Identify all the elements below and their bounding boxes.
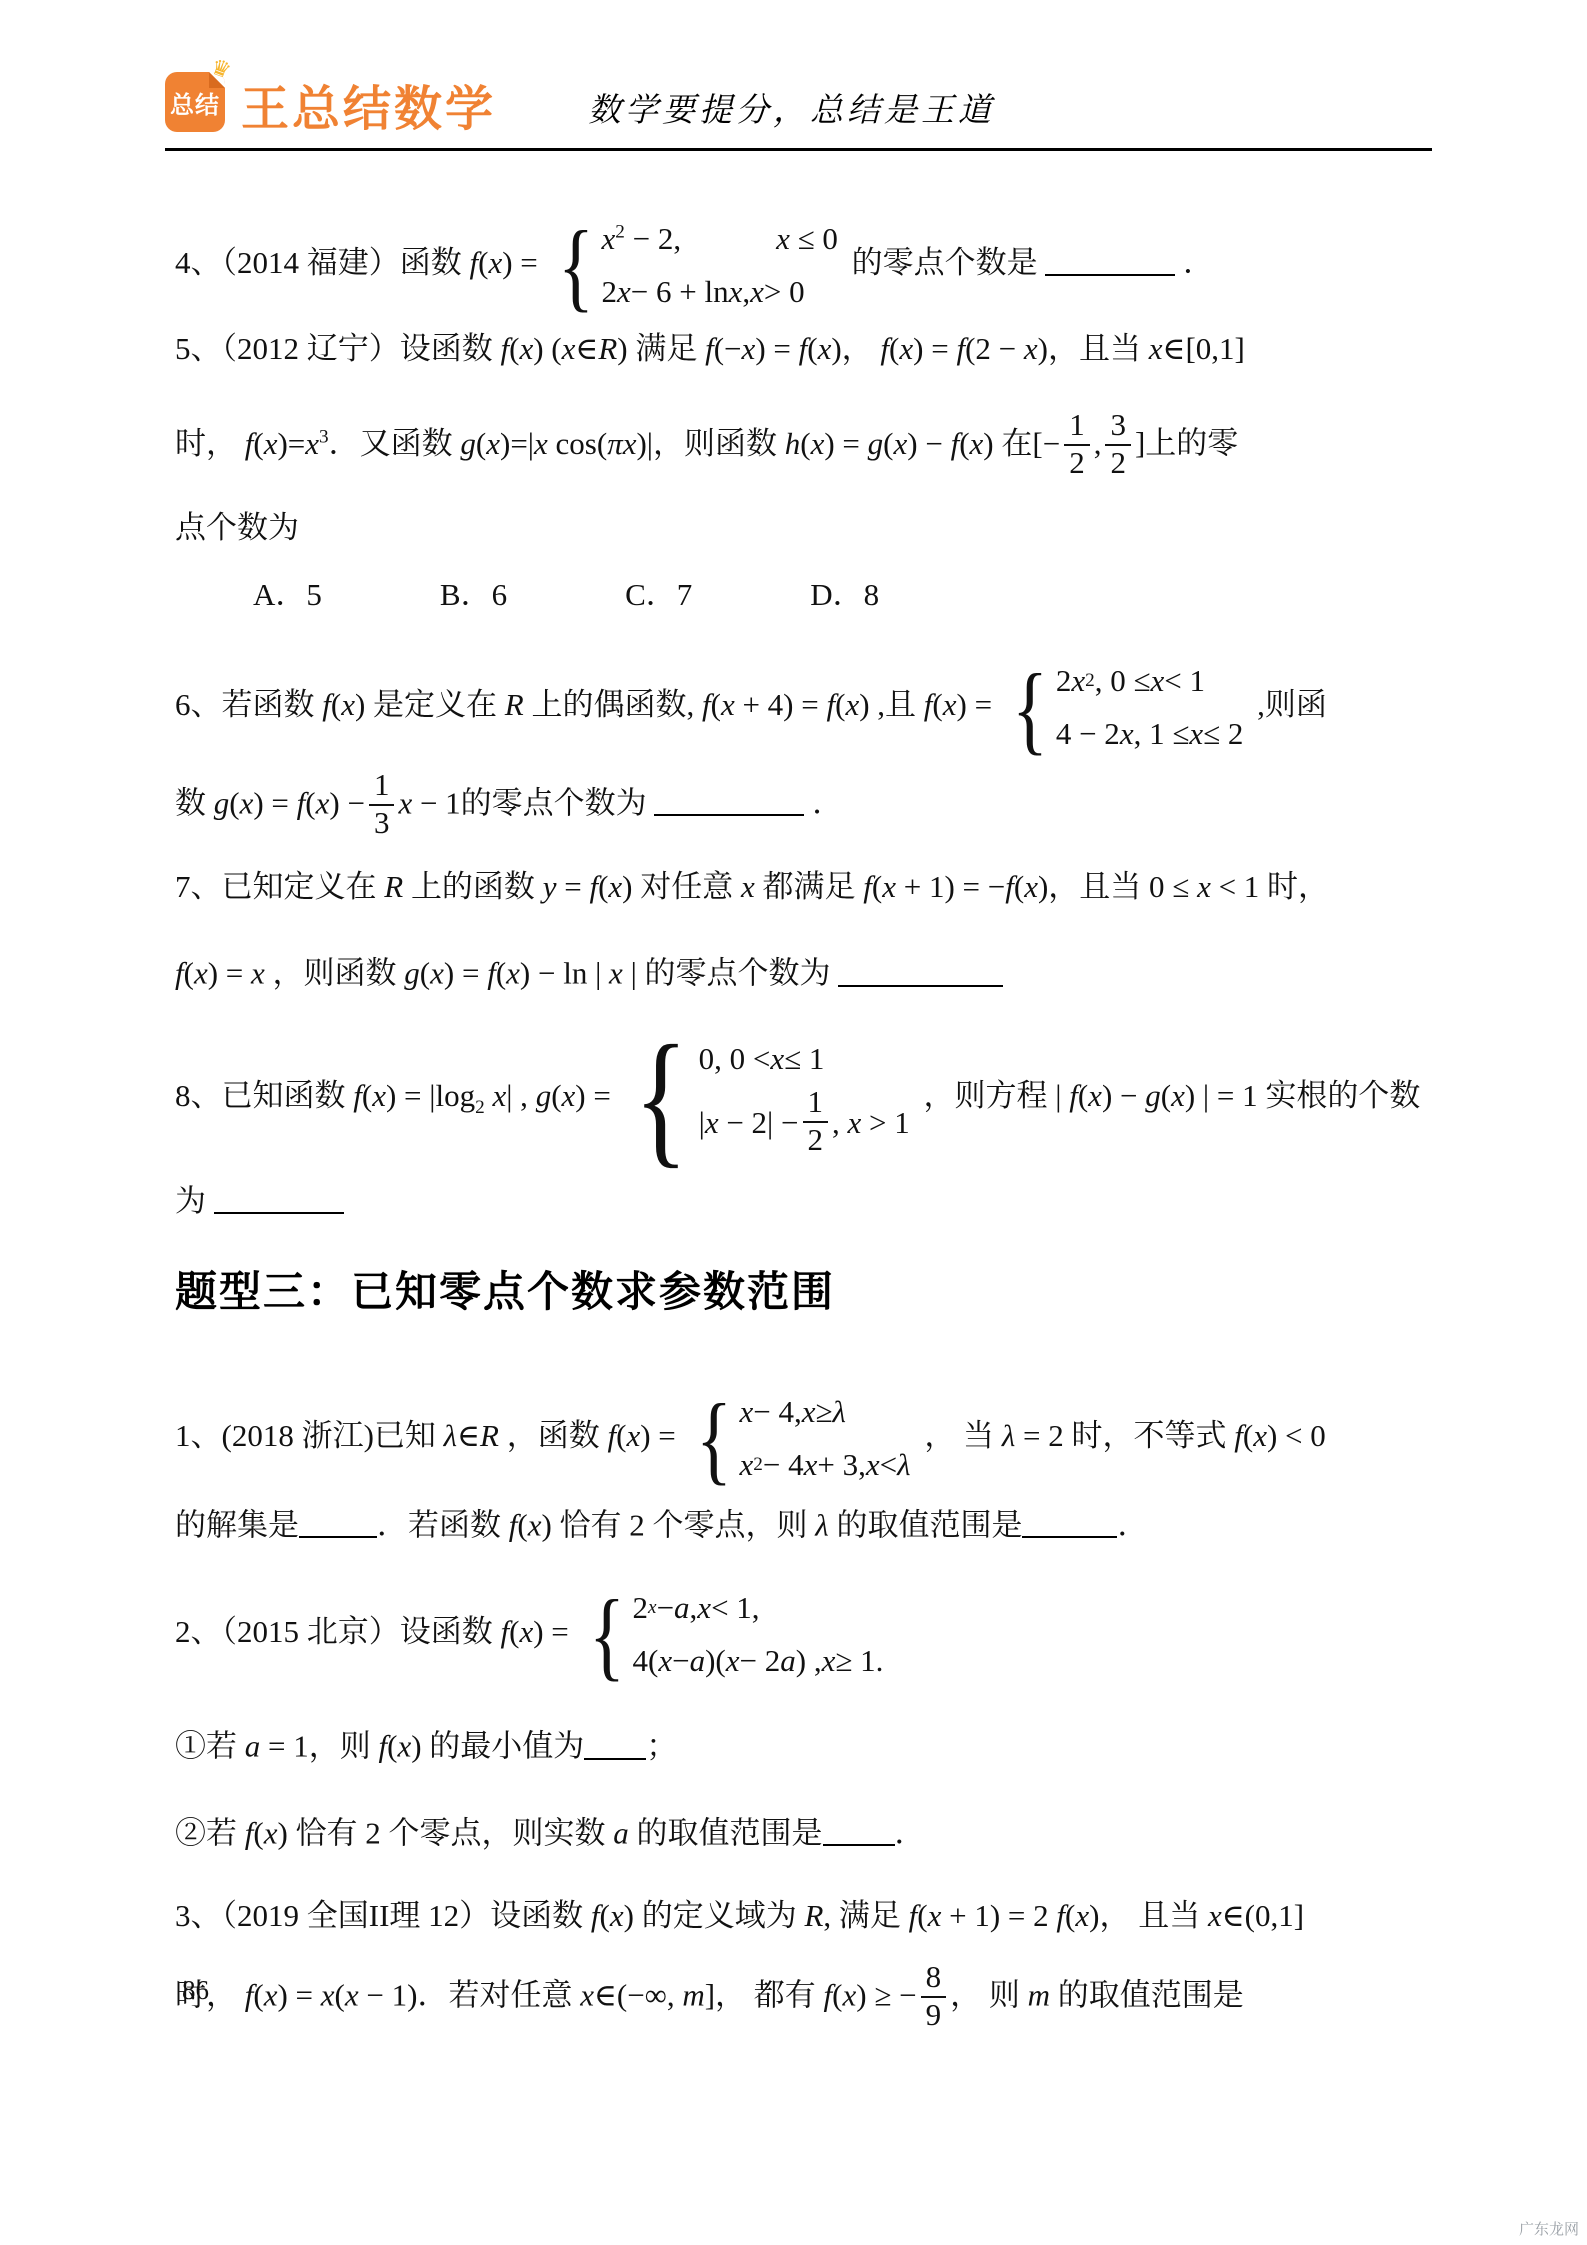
piecewise-function: { 2x − a, x < 1, 4(x − a)(x − 2a) , x ≥ … — [583, 1587, 884, 1683]
piecewise-function: { x − 4, x ≥ λ x2 − 4x + 3, x < λ — [690, 1391, 911, 1487]
option-b: B．6 — [440, 574, 507, 617]
case-row: 4(x − a)(x − 2a) , x ≥ 1. — [633, 1640, 884, 1683]
answer-blank — [299, 1504, 377, 1539]
problem-6-line-1: 6、若函数 f(x) 是定义在 R 上的偶函数, f(x + 4) = f(x)… — [175, 660, 1437, 756]
left-brace: { — [589, 1592, 625, 1677]
s3-problem-1-line-1: 1、(2018 浙江)已知 λ∈R ，函数 f(x) = { x − 4, x … — [175, 1391, 1437, 1487]
problem-4: 4、（2014 福建）函数 f(x) = { x2 − 2,x ≤ 0 2x −… — [175, 218, 1437, 314]
problem-5-line-1: 5、（2012 辽宁）设函数 f(x) (x∈R) 满足 f(−x) = f(x… — [175, 328, 1437, 371]
left-brace: { — [558, 223, 594, 308]
left-brace: { — [634, 1035, 688, 1163]
answer-blank — [654, 782, 804, 817]
problem-7-line-2: f(x) = x ，则函数 g(x) = f(x) − ln | x | 的零点… — [175, 949, 1437, 995]
left-brace: { — [696, 1396, 732, 1481]
answer-blank — [838, 952, 1003, 987]
problem-8-line-2: 为 — [175, 1177, 1437, 1223]
problem-5-line-3: 点个数为 — [175, 507, 1437, 550]
crown-icon: ♛ — [207, 53, 234, 84]
problem-8-line-1: 8、已知函数 f(x) = |log2 x| , g(x) = { 0, 0 <… — [175, 1035, 1437, 1163]
brand-logo: ♛ 总结 王总结数学 数学要提分，总结是王道 — [165, 72, 1432, 132]
answer-blank — [1045, 241, 1175, 276]
fraction: 32 — [1105, 408, 1131, 480]
page-header: ♛ 总结 王总结数学 数学要提分，总结是王道 — [165, 72, 1432, 151]
case-row: 2x2 , 0 ≤ x < 1 — [1056, 660, 1244, 703]
choice-options: A．5 B．6 C．7 D．8 — [175, 574, 1437, 617]
case-row: 2x − a, x < 1, — [633, 1587, 884, 1630]
problem-6-line-2: 数 g(x) = f(x) −13x − 1的零点个数为 ． — [175, 770, 1437, 842]
option-d: D．8 — [810, 574, 879, 617]
worksheet-content: 4、（2014 福建）函数 f(x) = { x2 − 2,x ≤ 0 2x −… — [175, 218, 1437, 2074]
brand-logo-badge: ♛ 总结 — [165, 72, 225, 132]
s3-problem-3-line-1: 3、（2019 全国II理 12）设函数 f(x) 的定义域为 R, 满足 f(… — [175, 1895, 1437, 1938]
problem-4-text: 4、（2014 福建）函数 f(x) = — [175, 245, 538, 280]
watermark: 广东龙网 — [1519, 2218, 1579, 2239]
case-row: x − 4, x ≥ λ — [740, 1391, 911, 1434]
left-brace: { — [1012, 666, 1048, 751]
document-page: ♛ 总结 王总结数学 数学要提分，总结是王道 4、（2014 福建）函数 f(x… — [0, 0, 1587, 2245]
s3-problem-1-line-2: 的解集是．若函数 f(x) 恰有 2 个零点，则 λ 的取值范围是． — [175, 1501, 1437, 1547]
piecewise-function: { x2 − 2,x ≤ 0 2x − 6 + ln x, x > 0 — [552, 218, 838, 314]
piecewise-function: { 0, 0 < x ≤ 1 |x − 2| −12, x > 1 — [625, 1035, 910, 1163]
problem-4-text: 的零点个数是 — [852, 245, 1038, 280]
fraction: 89 — [921, 1960, 947, 2032]
fraction: 12 — [803, 1085, 829, 1157]
piecewise-function: { 2x2 , 0 ≤ x < 1 4 − 2x, 1 ≤ x ≤ 2 — [1006, 660, 1244, 756]
s3-problem-3-line-2: 时， f(x) = x(x − 1)．若对任意 x∈(−∞, m]， 都有 f(… — [175, 1962, 1437, 2034]
case-row: 0, 0 < x ≤ 1 — [699, 1038, 910, 1081]
case-row: x2 − 2,x ≤ 0 — [602, 218, 838, 261]
case-row: 2x − 6 + ln x, x > 0 — [602, 271, 838, 314]
problem-7-line-1: 7、已知定义在 R 上的函数 y = f(x) 对任意 x 都满足 f(x + … — [175, 866, 1437, 909]
s3-problem-2-line-1: 2、（2015 北京）设函数 f(x) = { 2x − a, x < 1, 4… — [175, 1587, 1437, 1683]
answer-blank — [1022, 1504, 1117, 1539]
answer-blank — [823, 1812, 895, 1847]
s3-problem-2-line-3: ②若 f(x) 恰有 2 个零点，则实数 a 的取值范围是． — [175, 1809, 1437, 1855]
problem-4-text: ． — [1183, 245, 1214, 280]
fraction: 13 — [369, 768, 395, 840]
option-a: A．5 — [253, 574, 322, 617]
fraction: 12 — [1064, 408, 1090, 480]
header-rule — [165, 148, 1432, 151]
case-row: 4 − 2x, 1 ≤ x ≤ 2 — [1056, 713, 1244, 756]
answer-blank — [214, 1180, 344, 1215]
s3-problem-2-line-2: ①若 a = 1，则 f(x) 的最小值为； — [175, 1722, 1437, 1768]
case-row: |x − 2| −12, x > 1 — [699, 1087, 910, 1159]
problem-5-line-2: 时， f(x)=x3．又函数 g(x)=|x cos(πx)|，则函数 h(x)… — [175, 410, 1437, 482]
section-heading: 题型三：已知零点个数求参数范围 — [175, 1263, 1437, 1321]
page-number: 86 — [182, 1975, 209, 2006]
brand-badge-text: 总结 — [170, 85, 220, 120]
answer-blank — [584, 1725, 646, 1760]
case-row: x2 − 4x + 3, x < λ — [740, 1444, 911, 1487]
brand-name: 王总结数学 — [241, 86, 496, 134]
option-c: C．7 — [625, 574, 692, 617]
brand-slogan: 数学要提分，总结是王道 — [588, 95, 995, 128]
